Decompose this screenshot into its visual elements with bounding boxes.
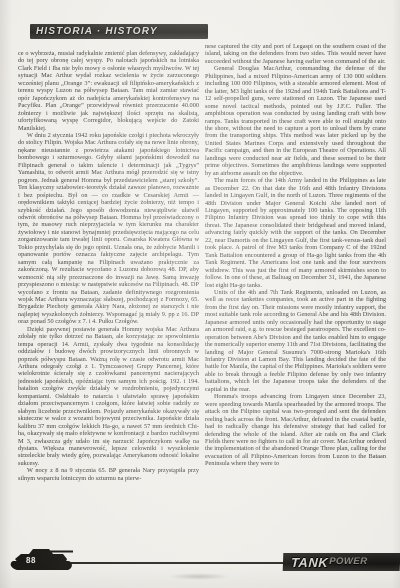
right-column-english: nese captured the city and port of Legas…: [205, 43, 386, 547]
paragraph: W nocy z 8 na 9 stycznia 65. BP generała…: [18, 467, 199, 482]
paragraph: The main forces of the 14th Army landed …: [205, 177, 386, 289]
tank-icon-svg: [9, 547, 75, 577]
logo-power-text: POWER: [329, 557, 368, 567]
paragraph: Dzięki pasywnej postawie generała Hommy …: [18, 326, 199, 468]
left-column-polish: ce o wybrzeża, musiał radykalnie zmienić…: [18, 50, 199, 548]
paragraph: Units of the 4th and 7th Tank Regiments,…: [205, 289, 386, 393]
logo-tank-text: TANK: [291, 556, 329, 569]
section-header-banner: HISTORIA · HISTORY: [30, 24, 208, 39]
paragraph: Homma's troops advancing from Lingayen s…: [205, 393, 386, 468]
paragraph: ce o wybrzeża, musiał radykalnie zmienić…: [18, 50, 199, 132]
tankpower-logo: TANKPOWER: [283, 553, 400, 571]
tank-silhouette-icon: [9, 547, 75, 577]
scan-smudge: [168, 573, 230, 580]
section-title: HISTORIA · HISTORY: [36, 27, 158, 37]
paragraph: W dniu 2 stycznia 1942 roku japońskie cz…: [18, 132, 199, 326]
paragraph: nese captured the city and port of Legas…: [205, 43, 386, 65]
page-number: 88: [26, 556, 36, 565]
paragraph: General Douglas MacArthur, commanding th…: [205, 65, 386, 177]
